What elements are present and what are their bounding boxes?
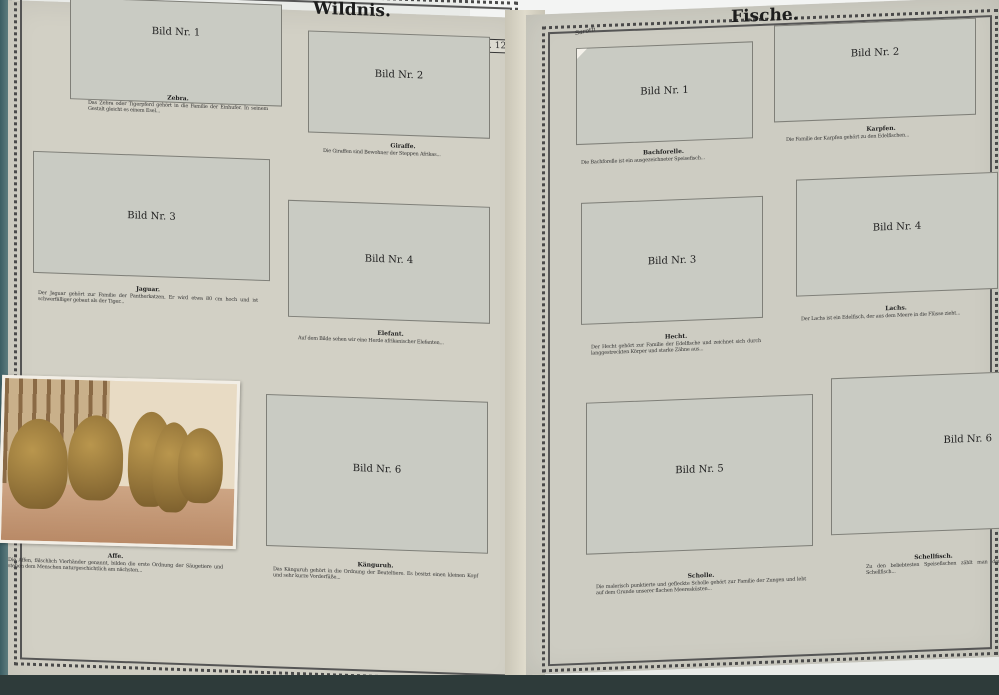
card-slot-4: Bild Nr. 4	[288, 200, 490, 324]
monkey-illustration	[7, 418, 69, 510]
slot-label: Bild Nr. 2	[775, 44, 975, 63]
card-slot-1: Bild Nr. 1	[70, 0, 282, 107]
slot-label: Bild Nr. 1	[71, 23, 281, 41]
album-photo: Wildnis. Serie Nr. 12 Bild Nr. 1 Zebra. …	[0, 0, 999, 695]
inserted-card-monkeys	[0, 375, 240, 549]
right-page: Fische. Bild Nr. 1 Bachforelle. Die Bach…	[526, 0, 999, 675]
left-page: Wildnis. Serie Nr. 12 Bild Nr. 1 Zebra. …	[8, 0, 524, 695]
monkey-illustration	[67, 415, 124, 501]
card-slot-5: Bild Nr. 5	[586, 394, 813, 555]
right-page-title: Fische.	[731, 5, 799, 28]
card-slot-3: Bild Nr. 3	[581, 196, 763, 325]
slot-label: Bild Nr. 1	[577, 82, 752, 100]
card-slot-2: Bild Nr. 2	[774, 18, 976, 123]
card-slot-4: Bild Nr. 4	[796, 172, 998, 297]
slot-label: Bild Nr. 4	[289, 251, 489, 269]
card-slot-2: Bild Nr. 2	[308, 30, 490, 138]
card-slot-3: Bild Nr. 3	[33, 151, 270, 281]
card-slot-6: Bild Nr. 6	[266, 394, 488, 554]
slot-label: Bild Nr. 6	[832, 433, 999, 451]
slot-label: Bild Nr. 3	[34, 207, 269, 226]
left-page-title: Wildnis.	[313, 0, 391, 21]
card-slot-6: Bild Nr. 6	[831, 372, 999, 536]
slot-label: Bild Nr. 4	[797, 218, 997, 237]
slot-label: Bild Nr. 2	[309, 67, 489, 84]
card-slot-1: Bild Nr. 1	[576, 41, 753, 145]
monkey-illustration	[177, 428, 224, 504]
slot-label: Bild Nr. 6	[267, 460, 487, 479]
slot-label: Bild Nr. 3	[582, 252, 762, 270]
album-bottom-edge	[0, 675, 999, 695]
slot-label: Bild Nr. 5	[587, 460, 812, 480]
